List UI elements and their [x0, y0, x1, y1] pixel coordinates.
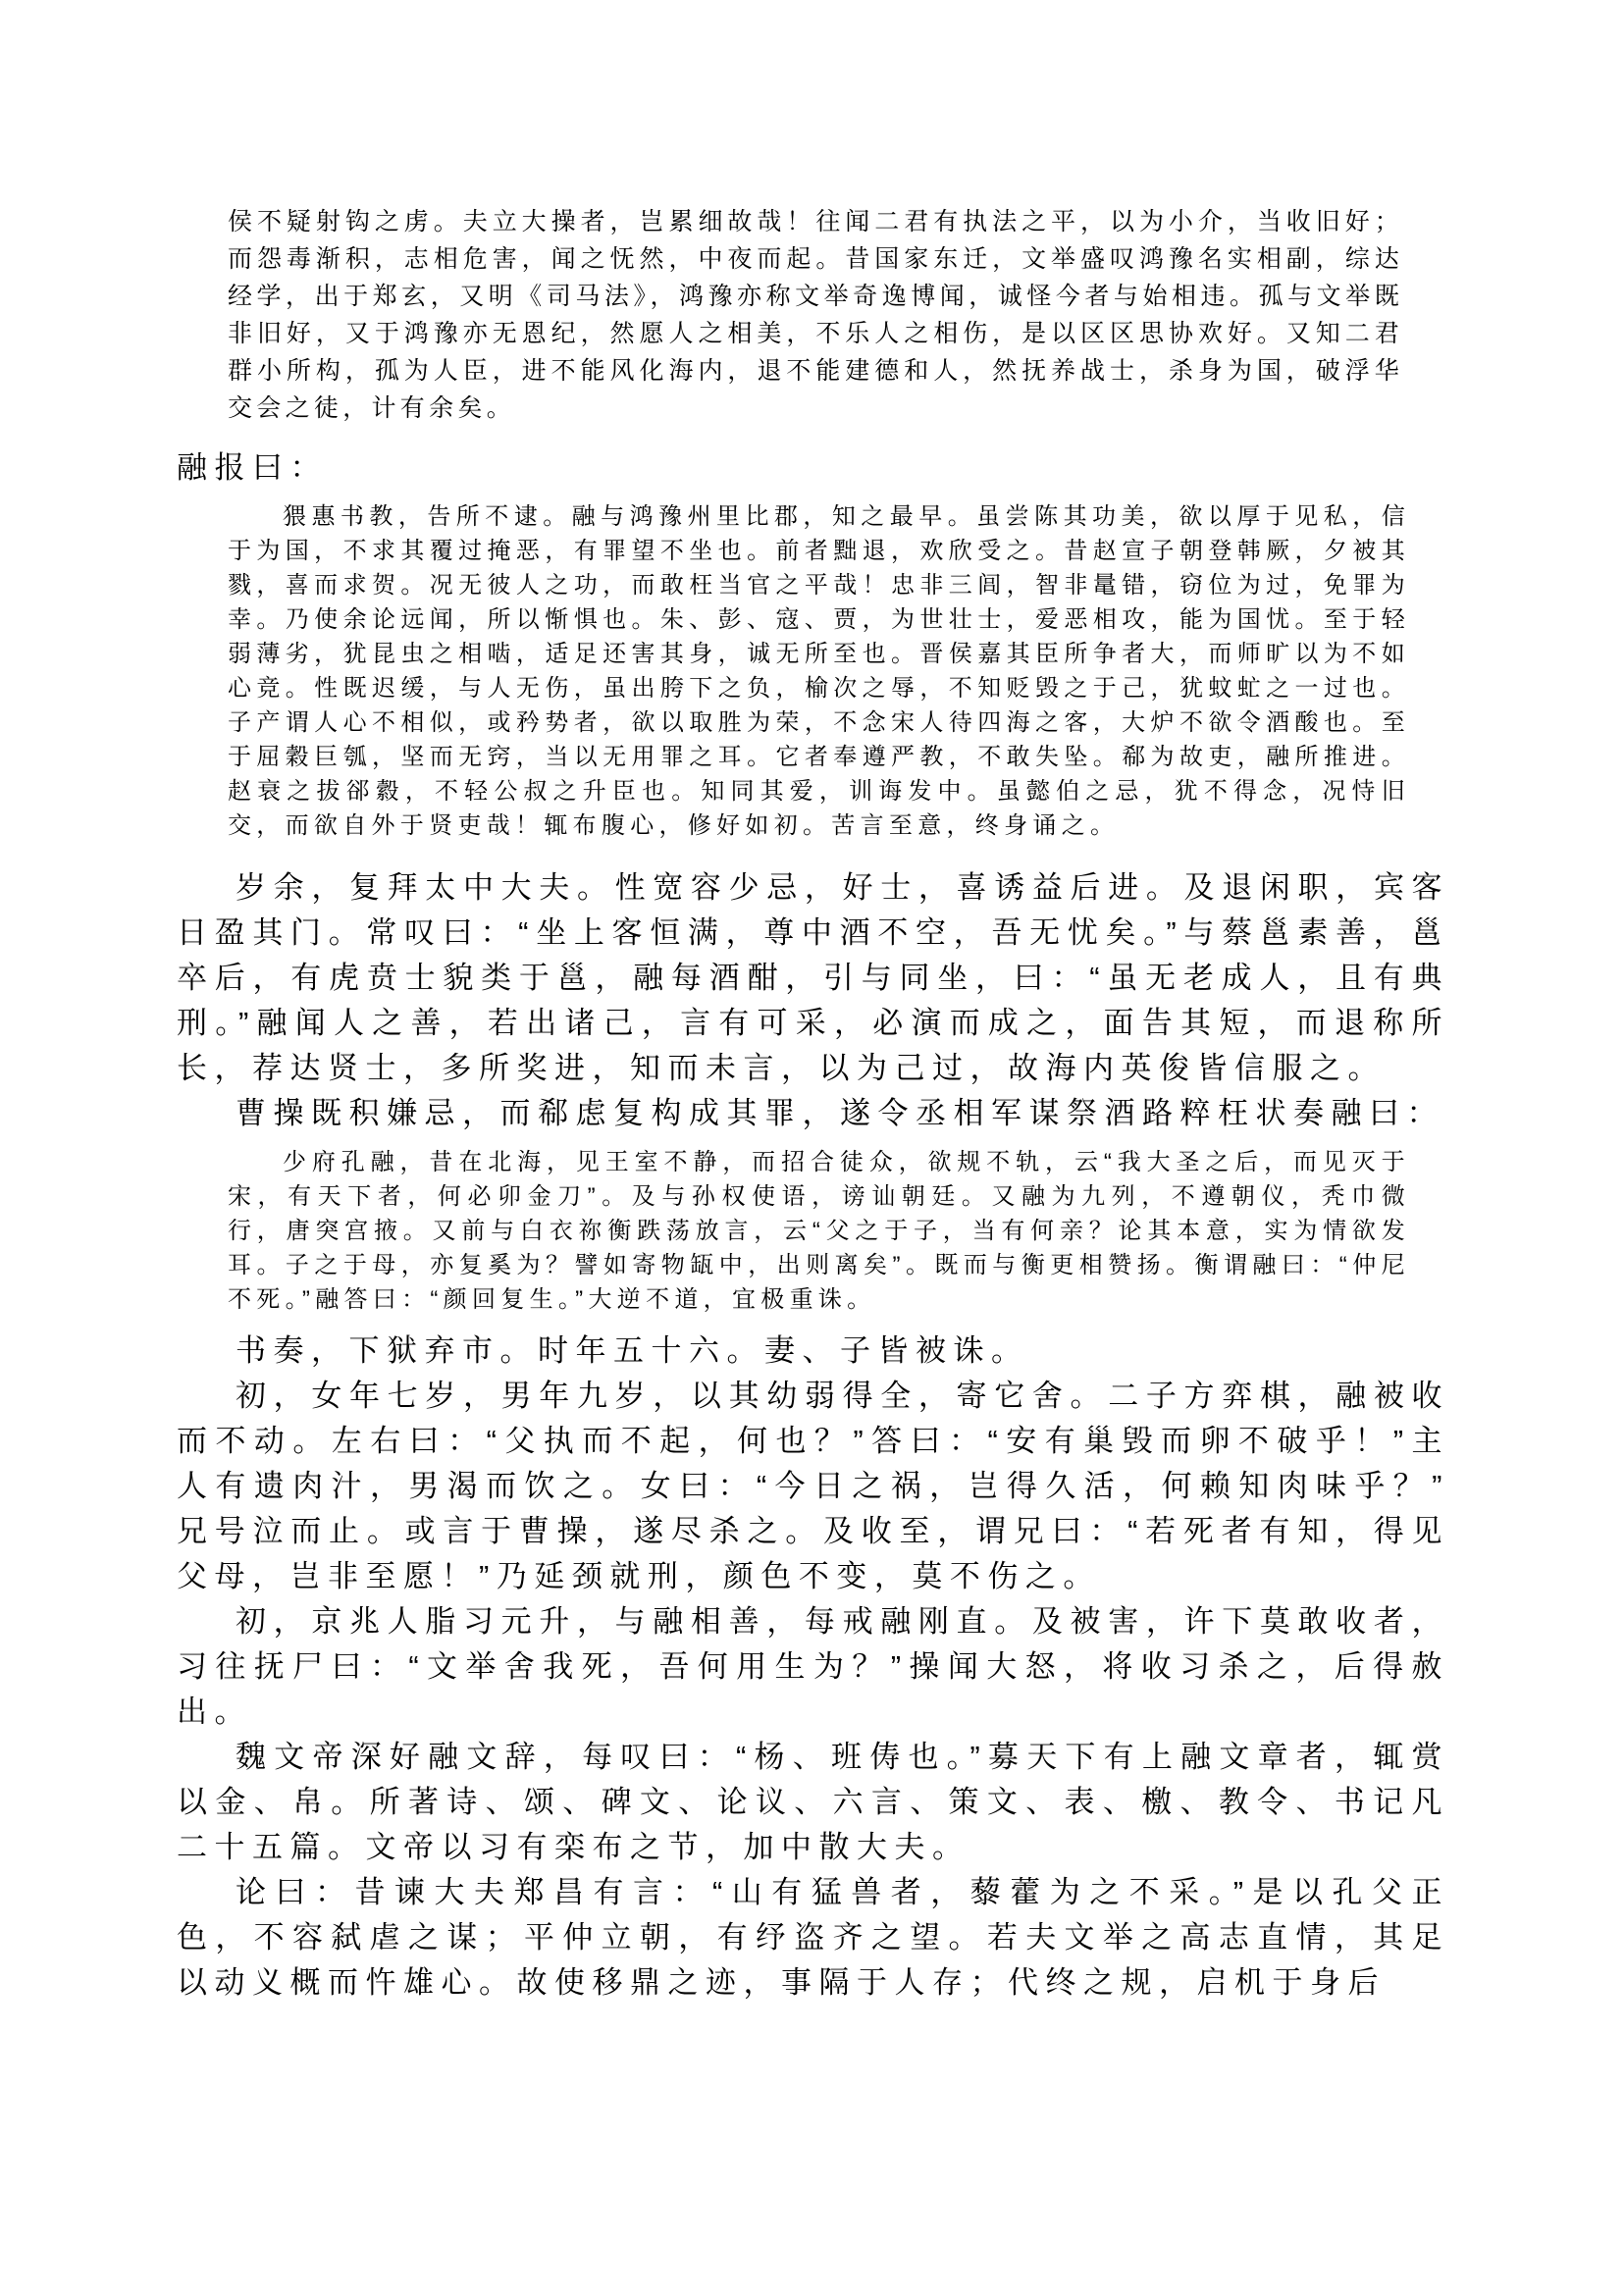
quote-cao-letter-continuation: 侯不疑射钩之虏。夫立大操者，岂累细故哉！往闻二君有执法之平，以为小介，当收旧好；…: [228, 203, 1403, 427]
paragraph-suiyu-taizhong-dafu: 岁余，复拜太中大夫。性宽容少忌，好士，喜诱益后进。及退闲职，宾客日盈其门。常叹曰…: [177, 865, 1449, 1091]
document-page: 侯不疑射钩之虏。夫立大操者，岂累细故哉！往闻二君有执法之平，以为小介，当收旧好；…: [0, 0, 1624, 2294]
paragraph-execution: 书奏，下狱弃市。时年五十六。妻、子皆被诛。: [177, 1329, 1449, 1374]
document-content: 侯不疑射钩之虏。夫立大操者，岂累细故哉！往闻二君有执法之平，以为小介，当收旧好；…: [0, 0, 1624, 2006]
paragraph-lun-commentary: 论曰：昔谏大夫郑昌有言：“山有猛兽者，藜藿为之不采。”是以孔父正色，不容弑虐之谋…: [177, 1870, 1449, 2006]
paragraph-wei-wendi-collects-writings: 魏文帝深好融文辞，每叹曰：“杨、班俦也。”募天下有上融文章者，辄赏以金、帛。所著…: [177, 1735, 1449, 1870]
quote-rong-reply-letter: 猥惠书教，告所不逮。融与鸿豫州里比郡，知之最早。虽尝陈其功美，欲以厚于见私，信于…: [228, 499, 1410, 843]
paragraph-children-anecdote: 初，女年七岁，男年九岁，以其幼弱得全，寄它舍。二子方弈棋，融被收而不动。左右曰：…: [177, 1374, 1449, 1599]
lead-in-rong-reply: 融报曰：: [177, 445, 1449, 491]
quote-lucui-accusation-memorial: 少府孔融，昔在北海，见王室不静，而招合徒众，欲规不轨，云“我大圣之后，而见灭于宋…: [228, 1145, 1410, 1317]
paragraph-zhixi-yuansheng: 初，京兆人脂习元升，与融相善，每戒融刚直。及被害，许下莫敢收者，习往抚尸曰：“文…: [177, 1599, 1449, 1735]
paragraph-caocao-jealousy: 曹操既积嫌忌，而郗虑复构成其罪，遂令丞相军谋祭酒路粹枉状奏融曰：: [177, 1091, 1449, 1136]
